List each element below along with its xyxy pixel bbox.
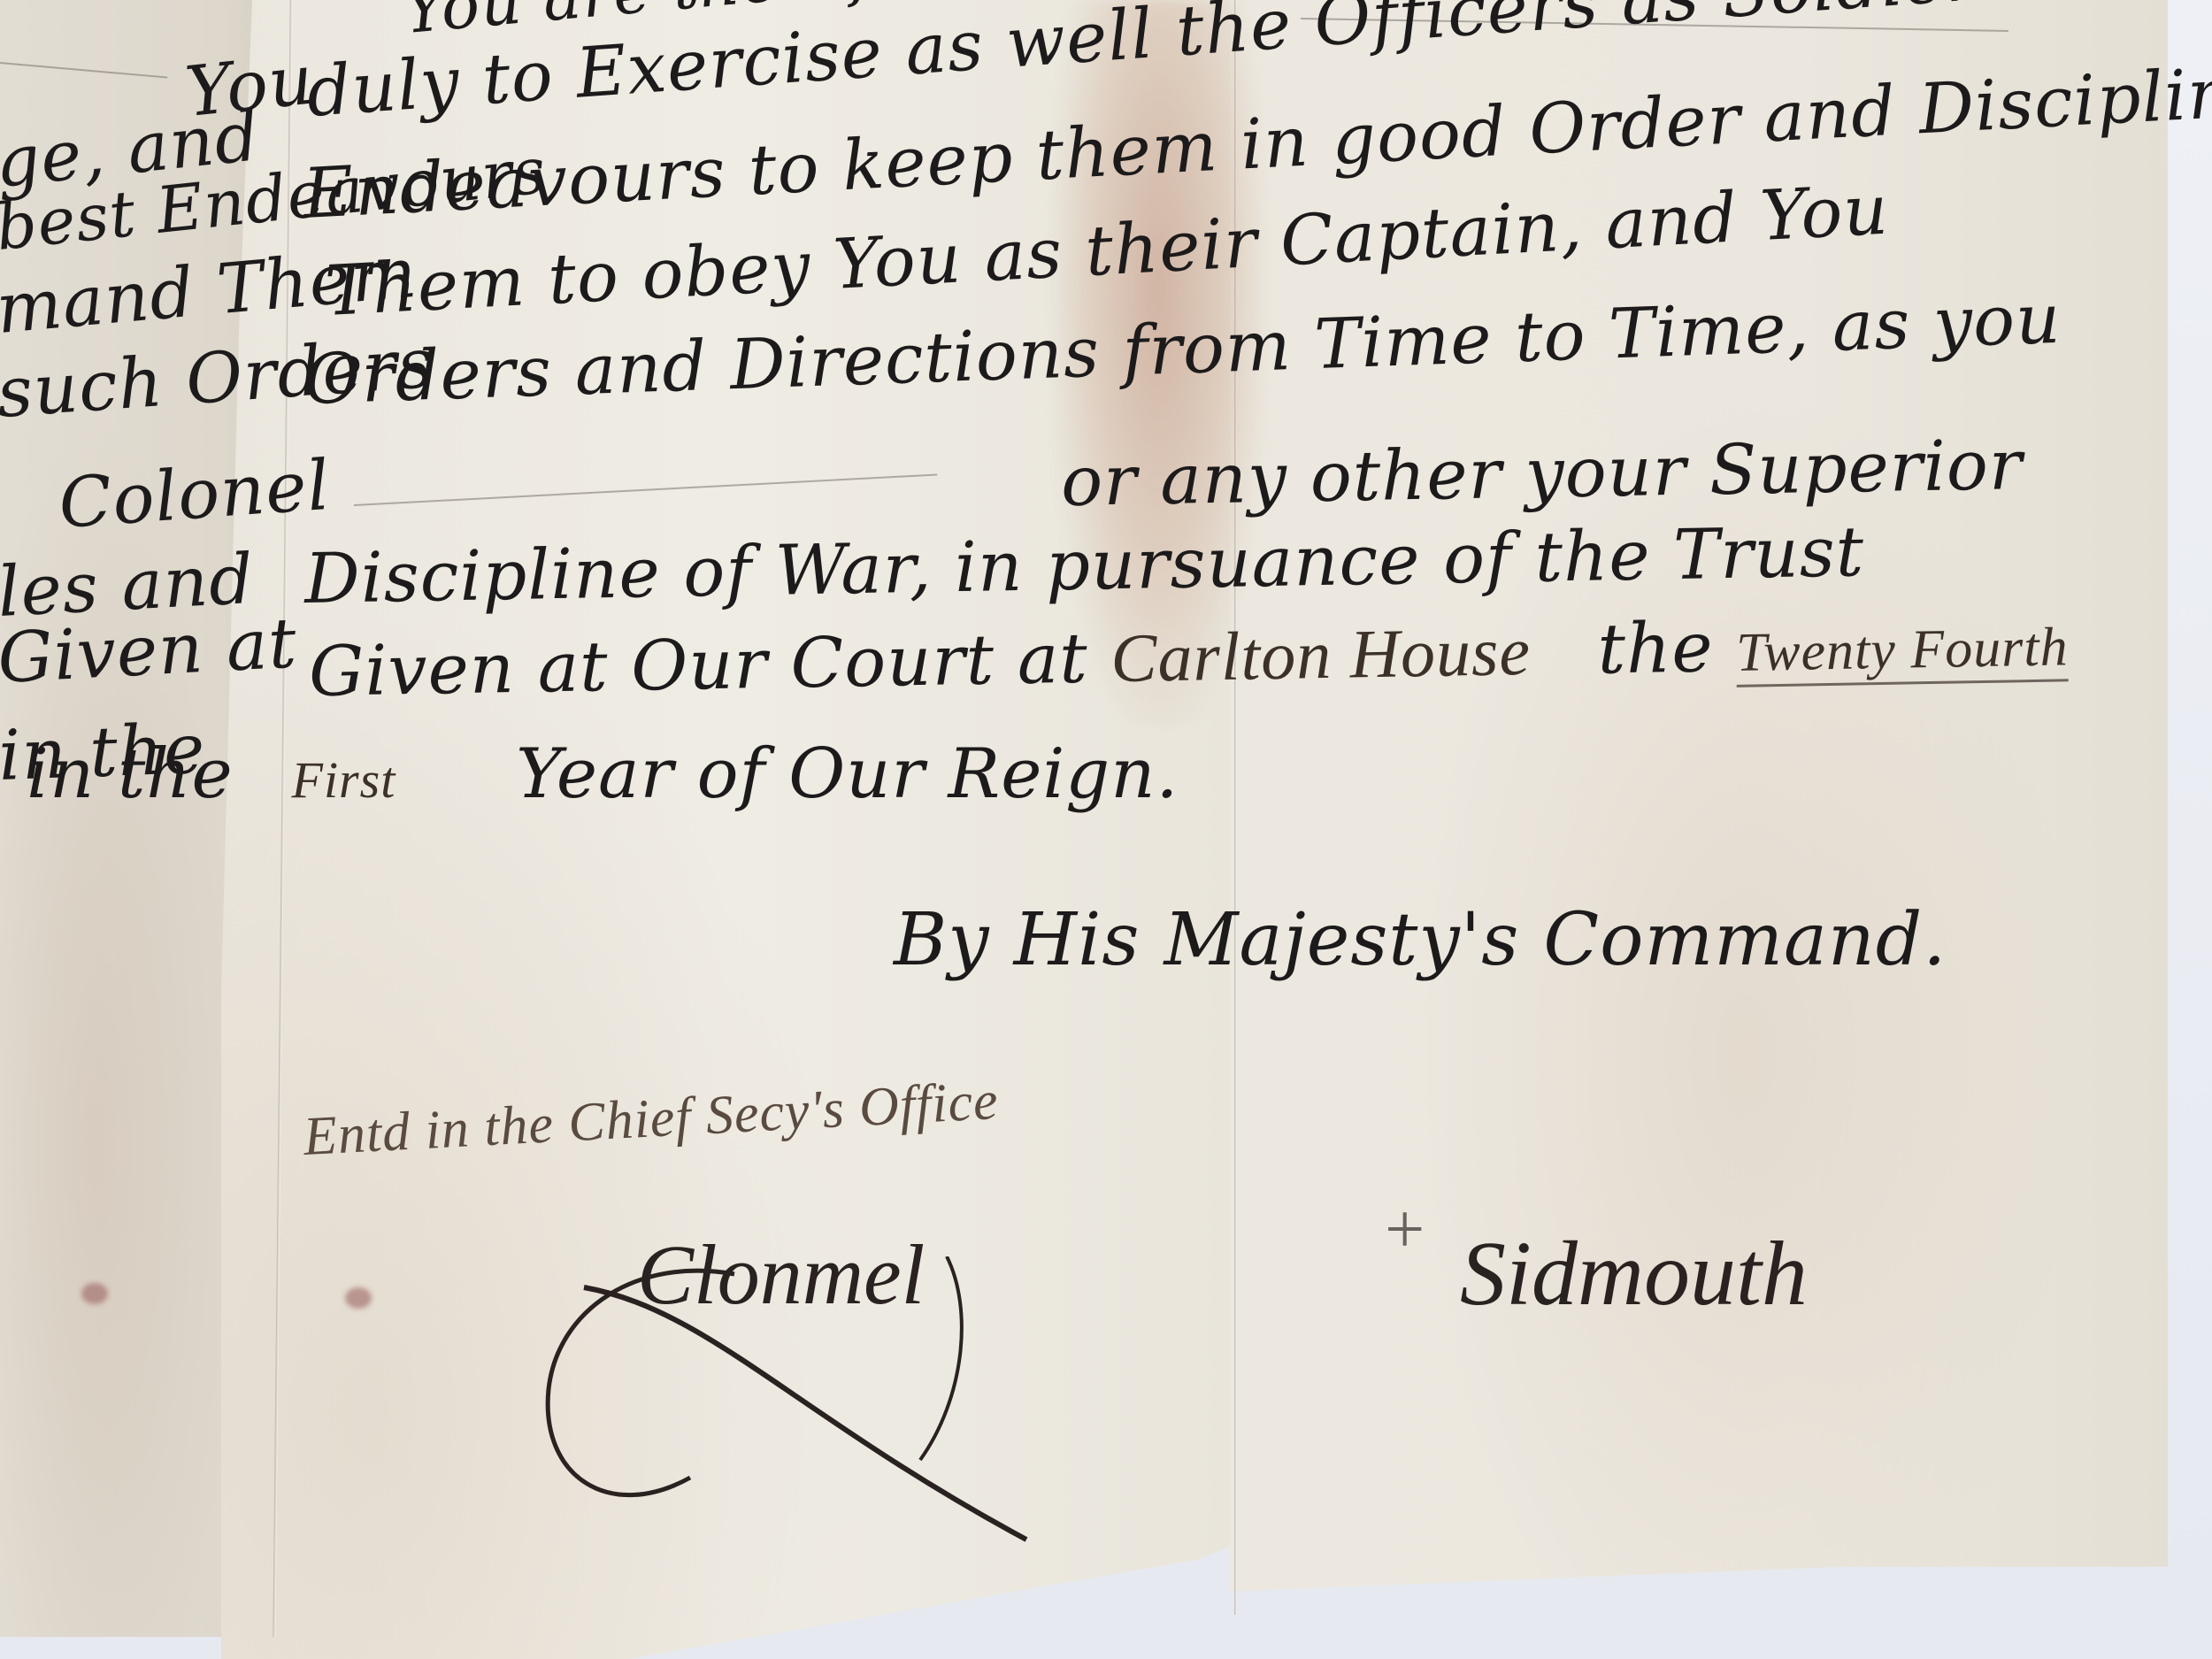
date-fill-in: Twenty Fourth [1736,617,2069,687]
pencil-cross-mark: + [1380,1190,1428,1271]
date-prefix: the [1597,608,1714,689]
signature-flourish-icon [531,1256,1062,1548]
signature-sidmouth: Sidmouth [1460,1221,1808,1326]
left-fragment: Given at [0,603,299,699]
reign-year-fill-in: First [292,751,396,809]
given-at-text: Given at Our Court at [308,619,1088,712]
place-fill-in: Carlton House [1110,612,1532,696]
closing-line: By His Majesty's Command. [894,898,1947,982]
document-photo: You ge, and best Endeavours mand Them su… [0,0,2212,1659]
ink-spot [81,1283,108,1304]
reign-suffix: Year of Our Reign. [516,734,1179,814]
body-line: or any other your Superior [1060,426,2023,522]
reign-prefix: in the [27,734,234,814]
reign-line: in the First Year of Our Reign. [0,734,1179,814]
ink-spot [345,1287,372,1309]
